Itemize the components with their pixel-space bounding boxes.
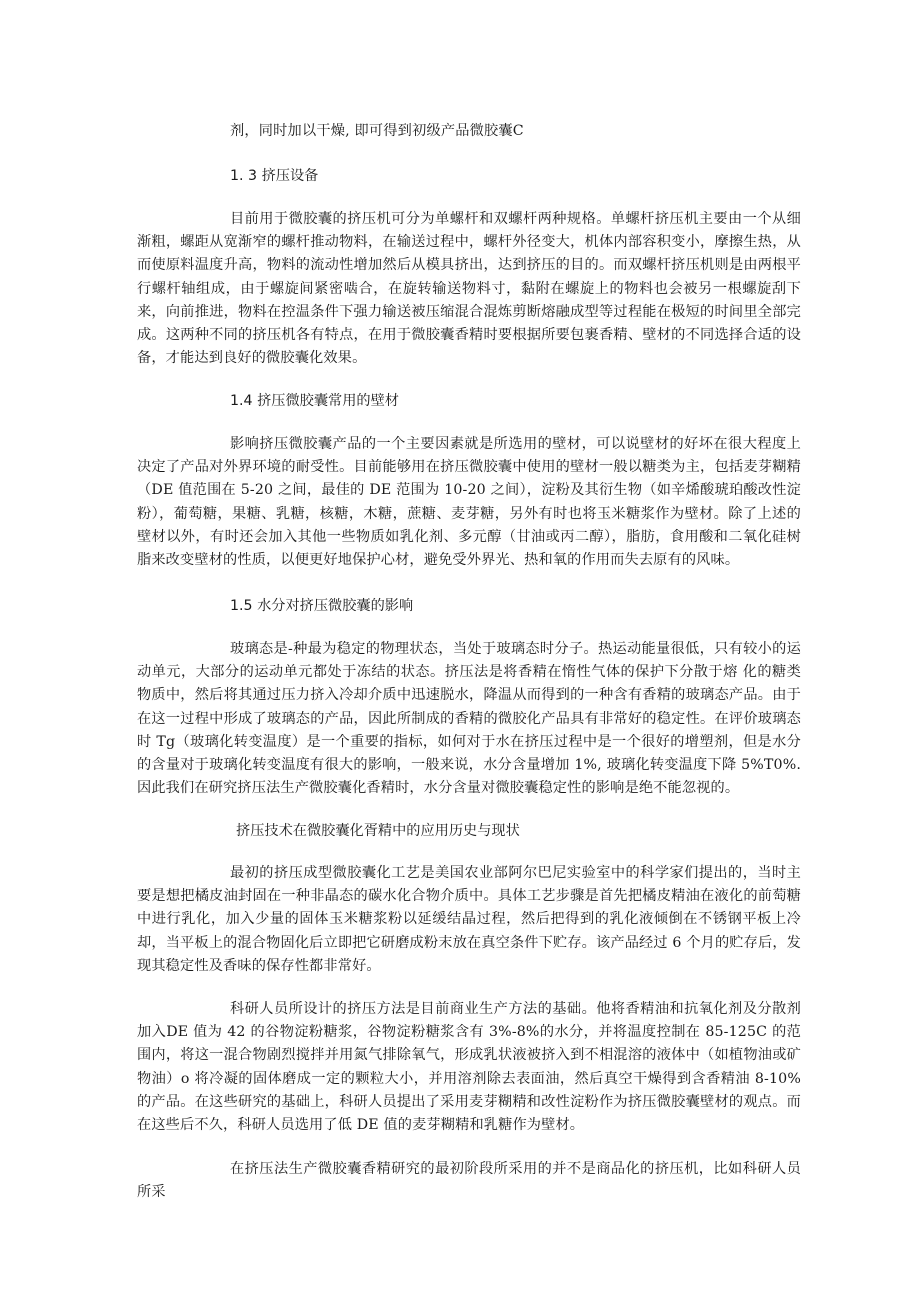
section-heading-1-3: 1. 3 挤压设备 [230, 165, 318, 188]
section-heading-1-4: 1.4 挤压微胶囊常用的壁材 [230, 390, 399, 413]
paragraph-wall-materials: 影响挤压微胶囊产品的一个主要因素就是所选用的壁材，可以说壁材的好坏在很大程度上决… [137, 433, 801, 572]
section-heading-1-5: 1.5 水分对挤压微胶囊的影响 [230, 595, 413, 618]
paragraph-commercial-method: 科研人员所设计的挤压方法是目前商业生产方法的基础。他将香精油和抗氧化剂及分散剂加… [137, 998, 801, 1137]
paragraph-early-stage: 在挤压法生产微胶囊香精研究的最初阶段所采用的并不是商品化的挤压机，比如科研人员所… [137, 1158, 801, 1204]
paragraph-extrusion-equipment: 目前用于微胶囊的挤压机可分为单螺杆和双螺杆两种规格。单螺杆挤压机主要由一个从细渐… [137, 208, 801, 370]
section-heading-history: 挤压技术在微胶囊化胥精中的应用历史与现状 [236, 820, 520, 843]
paragraph-history-origin: 最初的挤压成型微胶囊化工艺是美国农业部阿尔巴尼实验室中的科学家们提出的，当时主要… [137, 862, 801, 978]
intro-line: 剂，同时加以干燥, 即可得到初级产品微胶囊C [230, 120, 524, 143]
paragraph-moisture-effect: 玻璃态是-种最为稳定的物理状态，当处于玻璃态时分子。热运动能量很低，只有较小的运… [137, 638, 801, 800]
